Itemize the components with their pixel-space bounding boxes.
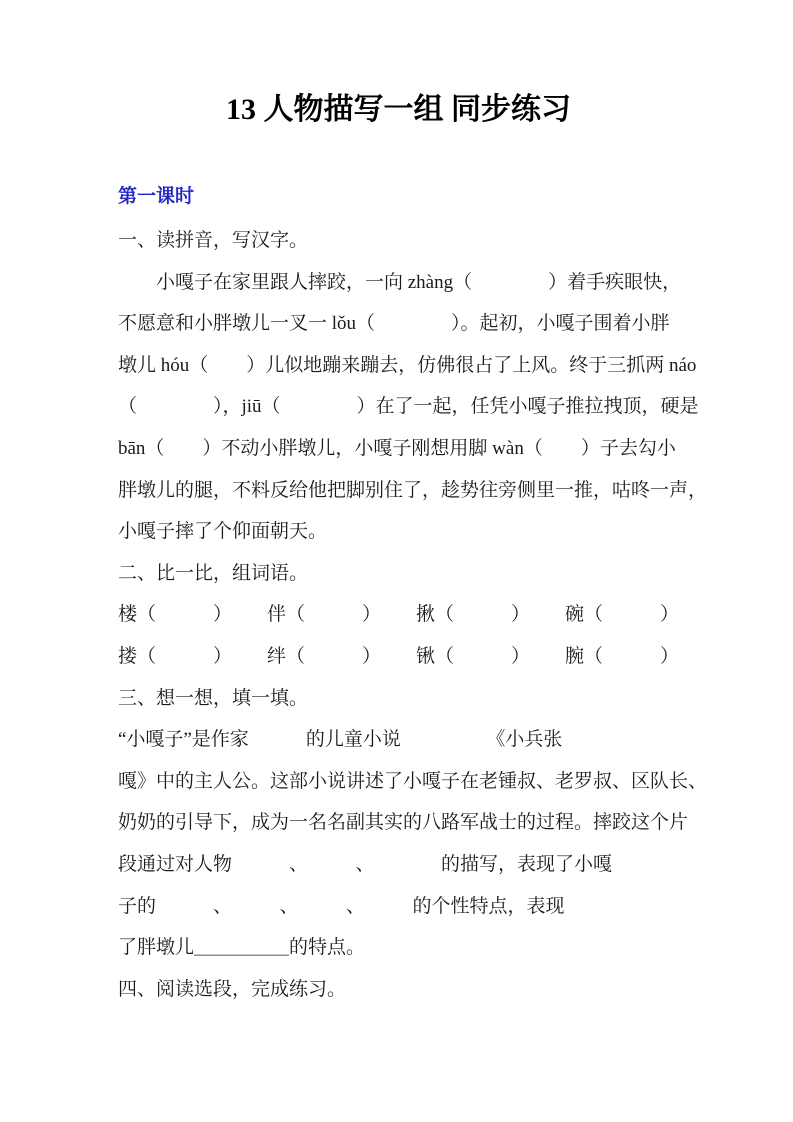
section-1-line-2: 不愿意和小胖墩儿一叉一 lǒu（ ）。起初，小嘎子围着小胖	[118, 303, 679, 345]
word-blank-wan3: 碗（ ）	[565, 594, 679, 636]
section-1-line-7: 小嘎子摔了个仰面朝天。	[118, 511, 679, 553]
section-2-heading: 二、比一比，组词语。	[118, 553, 679, 595]
document-body: 一、读拼音，写汉字。 小嘎子在家里跟人摔跤，一向 zhàng（ ）着手疾眼快， …	[118, 220, 679, 1010]
word-blank-lou2: 楼（ ）	[118, 594, 232, 636]
section-3-line-6: 了胖墩儿＿＿＿＿＿的特点。	[118, 927, 679, 969]
section-1-heading: 一、读拼音，写汉字。	[118, 220, 679, 262]
section-1-line-5: bān（ ）不动小胖墩儿，小嘎子刚想用脚 wàn（ ）子去勾小	[118, 428, 679, 470]
word-blank-qiao1: 锹（ ）	[416, 636, 530, 678]
document-title: 13 人物描写一组 同步练习	[118, 88, 679, 132]
word-blank-lou3: 搂（ ）	[118, 636, 232, 678]
section-1-line-1: 小嘎子在家里跟人摔跤，一向 zhàng（ ）着手疾眼快，	[118, 262, 679, 304]
session-heading: 第一课时	[118, 184, 679, 210]
section-3-line-1: “小嘎子”是作家 的儿童小说 《小兵张	[118, 719, 679, 761]
section-1-line-6: 胖墩儿的腿，不料反给他把脚别住了，趁势往旁侧里一推，咕咚一声，	[118, 470, 679, 512]
section-4-heading: 四、阅读选段，完成练习。	[118, 969, 679, 1011]
word-blank-wan4: 腕（ ）	[565, 636, 679, 678]
section-3-heading: 三、想一想，填一填。	[118, 678, 679, 720]
word-blank-row-1: 楼（ ） 伴（ ） 揪（ ） 碗（ ）	[118, 594, 679, 636]
section-3-line-3: 奶奶的引导下，成为一名名副其实的八路军战士的过程。摔跤这个片	[118, 802, 679, 844]
section-3-line-2: 嘎》中的主人公。这部小说讲述了小嘎子在老锺叔、老罗叔、区队长、	[118, 761, 679, 803]
section-3-line-4: 段通过对人物 、 、 的描写，表现了小嘎	[118, 844, 679, 886]
section-1-line-3: 墩儿 hóu（ ）儿似地蹦来蹦去，仿佛很占了上风。终于三抓两 náo	[118, 345, 679, 387]
word-blank-jiu1: 揪（ ）	[416, 594, 530, 636]
word-blank-ban5: 绊（ ）	[267, 636, 381, 678]
section-1-line-4: （ ），jiū（ ）在了一起，任凭小嘎子推拉拽顶，硬是	[118, 386, 679, 428]
worksheet-page: 13 人物描写一组 同步练习 第一课时 一、读拼音，写汉字。 小嘎子在家里跟人摔…	[0, 0, 793, 1122]
word-blank-ban4: 伴（ ）	[267, 594, 381, 636]
word-blank-row-2: 搂（ ） 绊（ ） 锹（ ） 腕（ ）	[118, 636, 679, 678]
section-3-line-5: 子的 、 、 、 的个性特点，表现	[118, 886, 679, 928]
